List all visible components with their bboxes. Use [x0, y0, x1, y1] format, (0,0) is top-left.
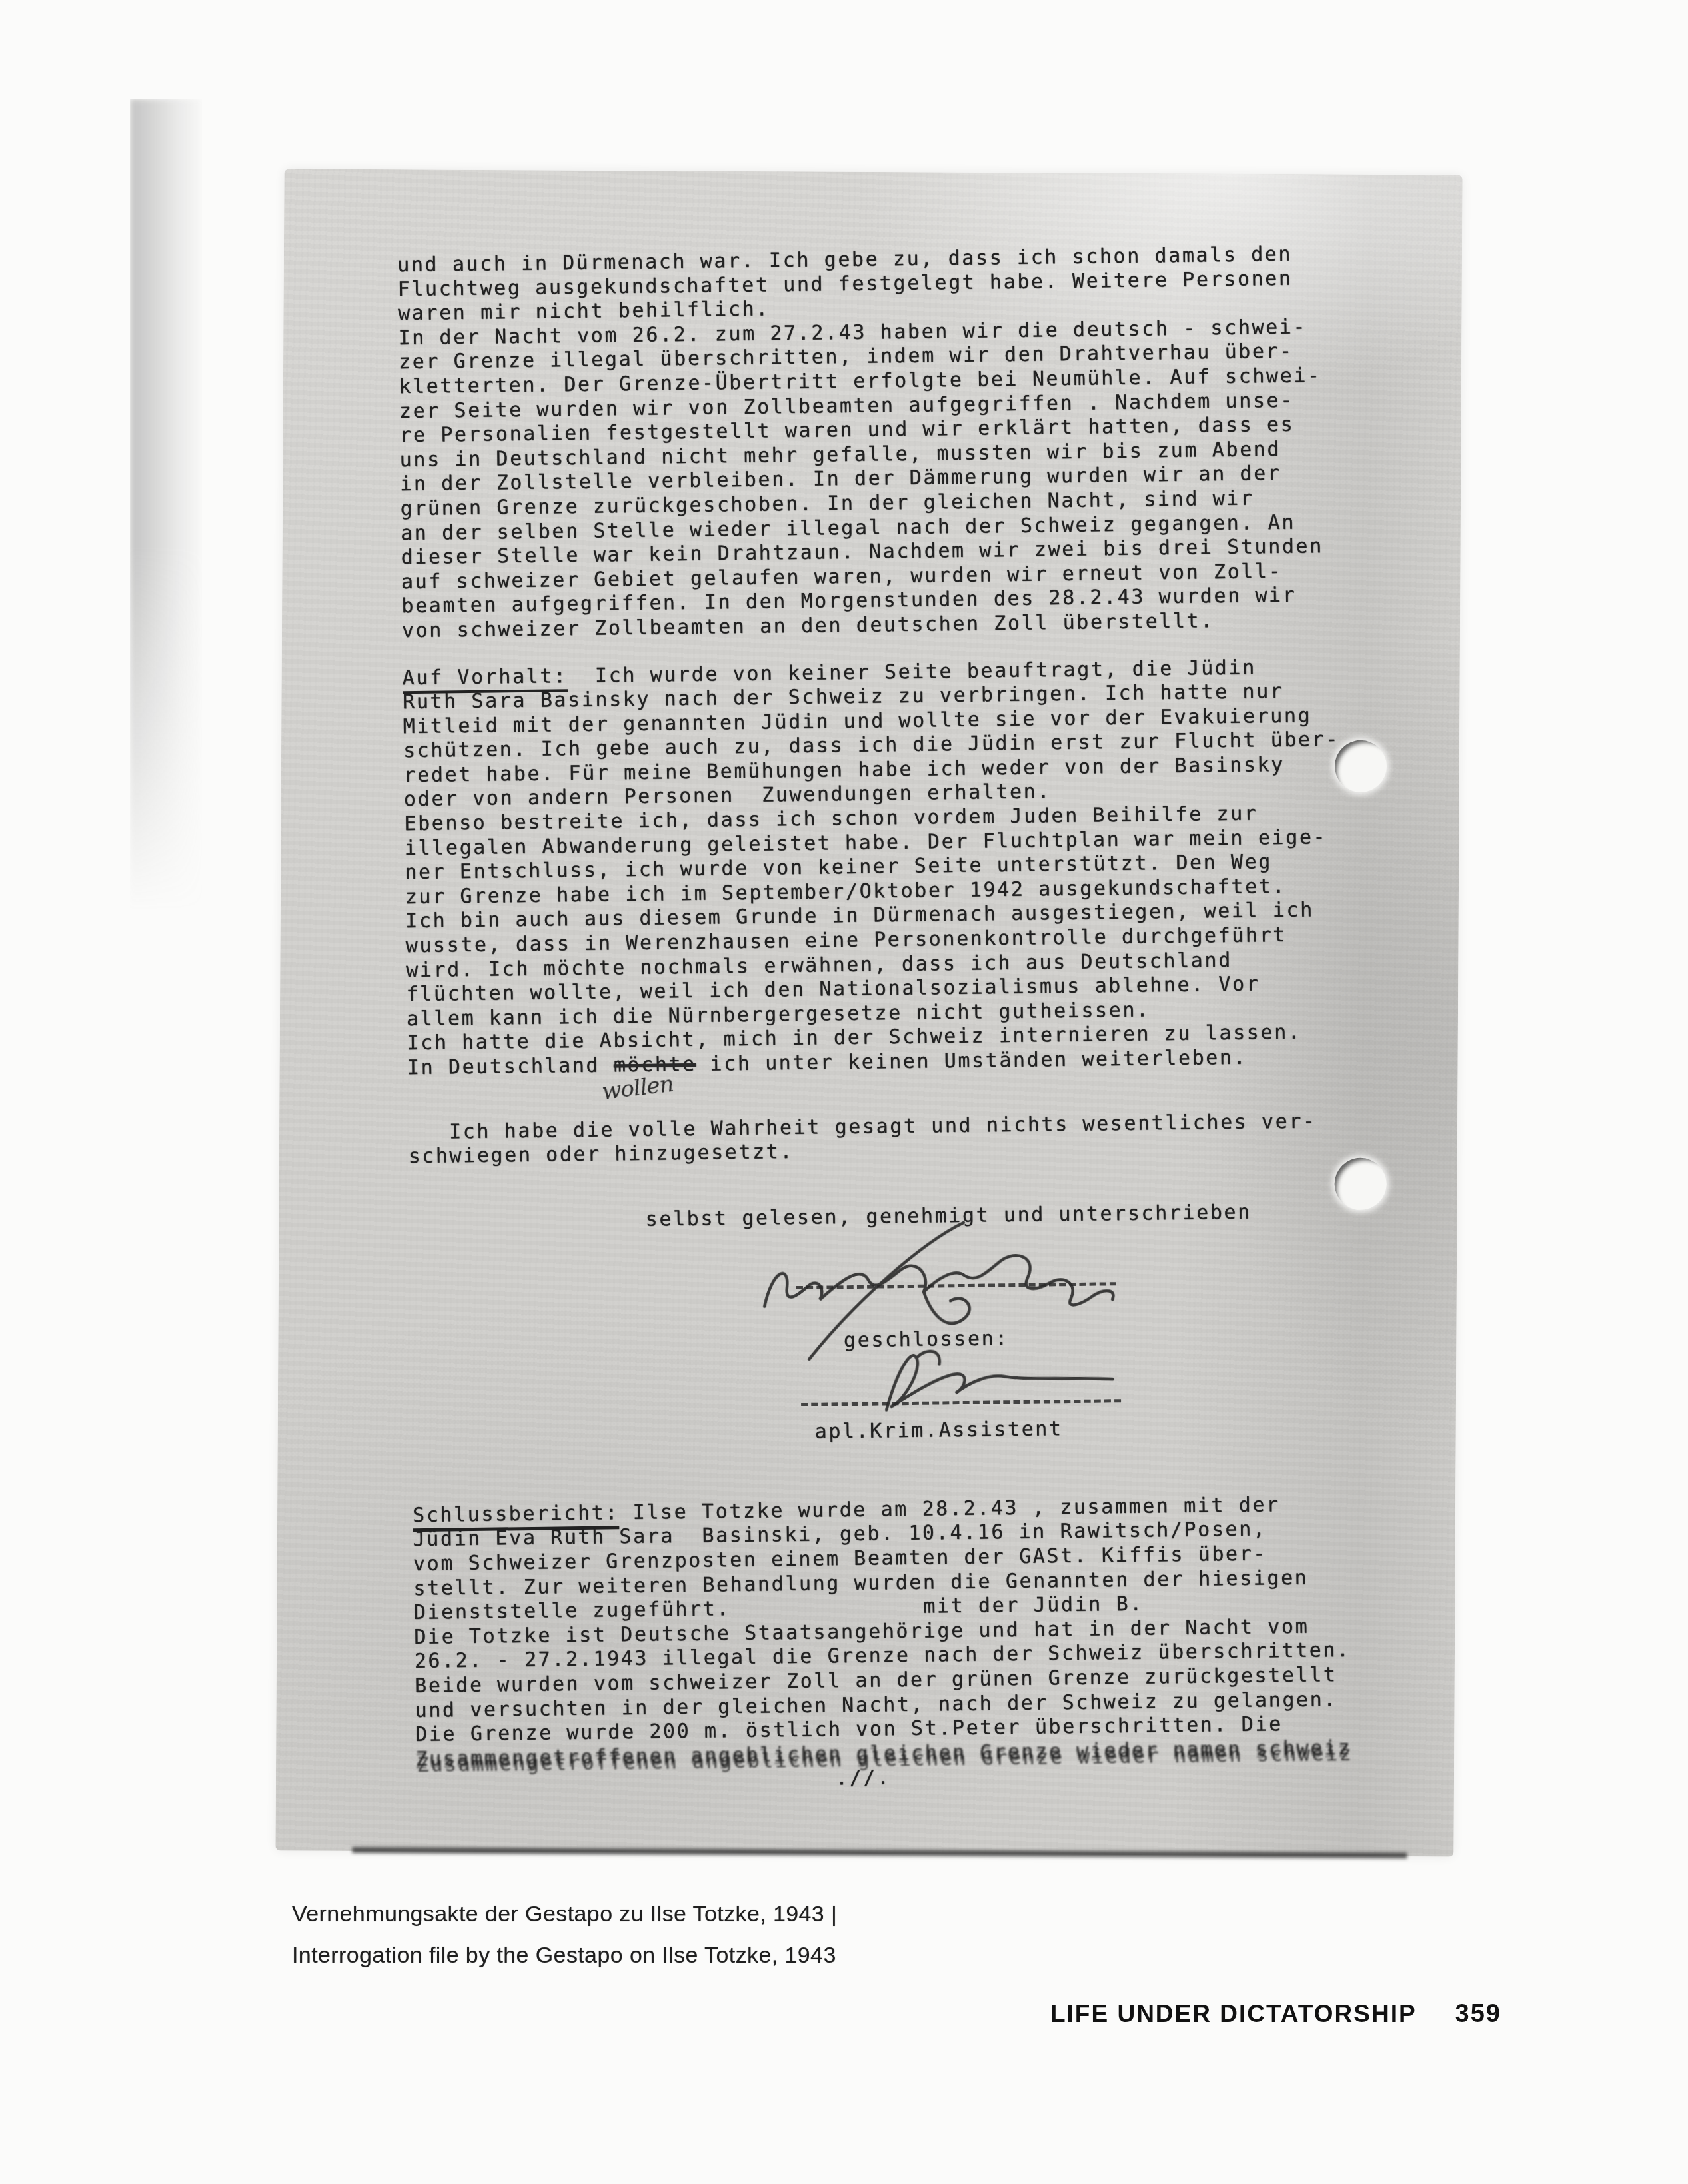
paragraph-border-crossing: und auch in Dürmenach war. Ich gebe zu, …: [397, 241, 1381, 643]
figure-caption: Vernehmungsakte der Gestapo zu Ilse Totz…: [292, 1894, 837, 1976]
caption-english: Interrogation file by the Gestapo on Ils…: [292, 1935, 837, 1976]
scan-bottom-edge: [352, 1847, 1407, 1858]
page-number: 359: [1455, 2000, 1501, 2028]
signer-title: apl.Krim.Assistent: [814, 1417, 1062, 1444]
running-head: LIFE UNDER DICTATORSHIP: [1050, 2000, 1417, 2027]
paragraph-auf-vorhalt: Ruth Sara Basinsky nach der Schweiz zu v…: [403, 678, 1387, 1056]
page-footer: LIFE UNDER DICTATORSHIP359: [1050, 2000, 1501, 2029]
typewritten-text: und auch in Dürmenach war. Ich gebe zu, …: [397, 241, 1395, 1796]
paragraph-schlussbericht: Jüdin Eva Ruth Sara Basinski, geb. 10.4.…: [413, 1516, 1395, 1748]
caption-german: Vernehmungsakte der Gestapo zu Ilse Totz…: [292, 1894, 837, 1935]
signature-krim-assistent: [847, 1335, 1134, 1415]
scan-shadow-streak: [130, 99, 202, 911]
closing-section: selbst gelesen, genehmigt und unterschri…: [409, 1199, 1392, 1482]
corrected-line-pre: In Deutschland: [407, 1053, 614, 1079]
scanned-document: und auch in Dürmenach war. Ich gebe zu, …: [275, 169, 1462, 1856]
book-page: und auch in Dürmenach war. Ich gebe zu, …: [0, 0, 1688, 2184]
